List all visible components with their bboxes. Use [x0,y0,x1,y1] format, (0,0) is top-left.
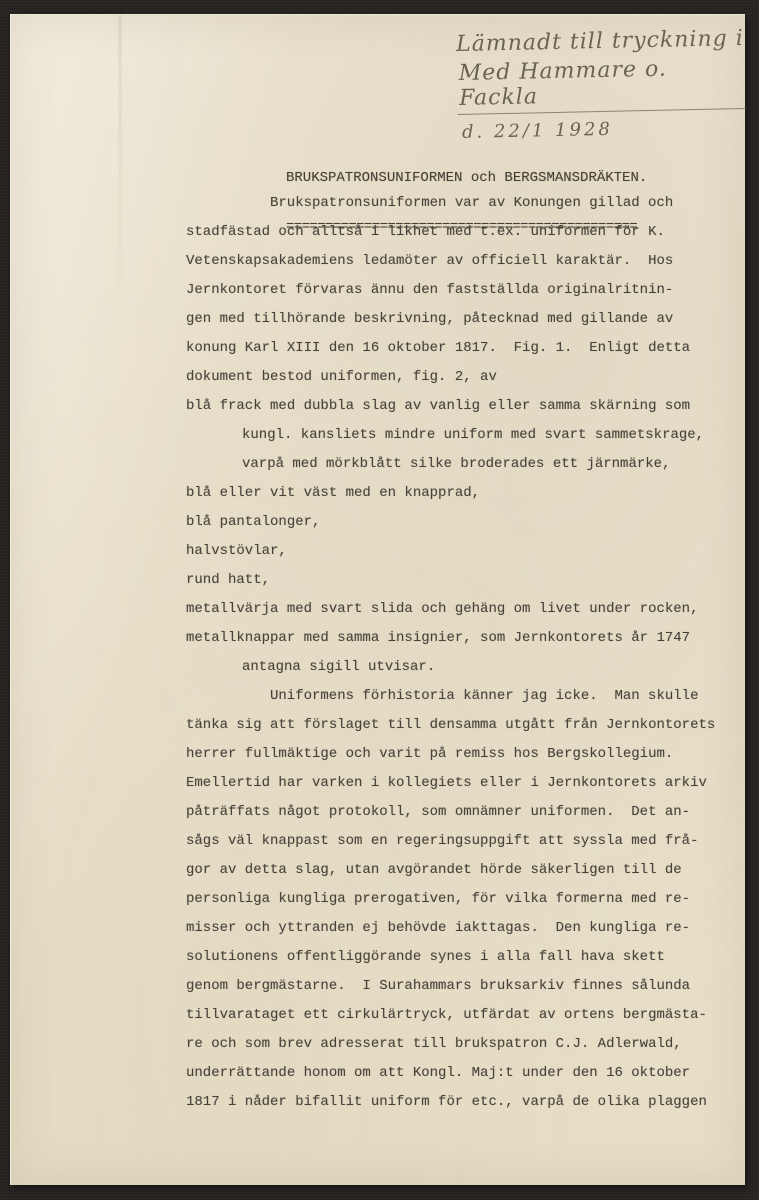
handwritten-note-line1: Lämnadt till tryckning i [456,26,744,57]
handwritten-note-line2: Med Hammare o. Fackla [456,55,745,115]
typewritten-line: stadfästad och alltså i likhet med t.ex.… [186,218,731,247]
paper-crease [119,15,121,325]
typewritten-line: blå eller vit väst med en knapprad, [186,479,731,508]
typewritten-line: 1817 i nåder bifallit uniform för etc., … [186,1088,731,1117]
typewritten-line: underrättande honom om att Kongl. Maj:t … [186,1059,731,1088]
typewritten-line: solutionens offentliggörande synes i all… [186,943,731,972]
typewritten-line: personliga kungliga prerogativen, för vi… [186,885,731,914]
handwritten-note: Lämnadt till tryckning i Med Hammare o. … [456,26,746,143]
typewritten-line: gen med tillhörande beskrivning, påteckn… [186,305,731,334]
typewritten-line: Emellertid har varken i kollegiets eller… [186,769,731,798]
typewritten-line: kungl. kansliets mindre uniform med svar… [186,421,731,450]
document-page: Lämnadt till tryckning i Med Hammare o. … [10,14,745,1185]
typewritten-line: halvstövlar, [186,537,731,566]
typewritten-line: Vetenskapsakademiens ledamöter av offici… [186,247,731,276]
typewritten-line: metallknappar med samma insignier, som J… [186,624,731,653]
typewritten-line: blå frack med dubbla slag av vanlig elle… [186,392,731,421]
typewritten-line: påträffats något protokoll, som omnämner… [186,798,731,827]
typewritten-line: varpå med mörkblått silke broderades ett… [186,450,731,479]
typewritten-line: rund hatt, [186,566,731,595]
document-body: Brukspatronsuniformen var av Konungen gi… [186,189,731,1117]
typewritten-line: Brukspatronsuniformen var av Konungen gi… [186,189,731,218]
typewritten-line: gor av detta slag, utan avgörandet hörde… [186,856,731,885]
typewritten-line: Jernkontoret förvaras ännu den fastställ… [186,276,731,305]
typewritten-line: tänka sig att förslaget till densamma ut… [186,711,731,740]
scanned-document: { "handwritten_note": { "line1": "Lämnad… [0,0,759,1200]
typewritten-line: genom bergmästarne. I Surahammars bruksa… [186,972,731,1001]
typewritten-line: metallvärja med svart slida och gehäng o… [186,595,731,624]
typewritten-line: misser och yttranden ej behövde iakttaga… [186,914,731,943]
typewritten-line: re och som brev adresserat till brukspat… [186,1030,731,1059]
typewritten-line: blå pantalonger, [186,508,731,537]
typewritten-line: tillvarataget ett cirkulärtryck, utfärda… [186,1001,731,1030]
typewritten-line: antagna sigill utvisar. [186,653,731,682]
typewritten-line: sågs väl knappast som en regeringsuppgif… [186,827,731,856]
typewritten-line: Uniformens förhistoria känner jag icke. … [186,682,731,711]
typewritten-line: herrer fullmäktige och varit på remiss h… [186,740,731,769]
document-title: BRUKSPATRONSUNIFORMEN och BERGSMANSDRÄKT… [286,170,647,186]
typewritten-line: dokument bestod uniformen, fig. 2, av [186,363,731,392]
typewritten-line: konung Karl XIII den 16 oktober 1817. Fi… [186,334,731,363]
